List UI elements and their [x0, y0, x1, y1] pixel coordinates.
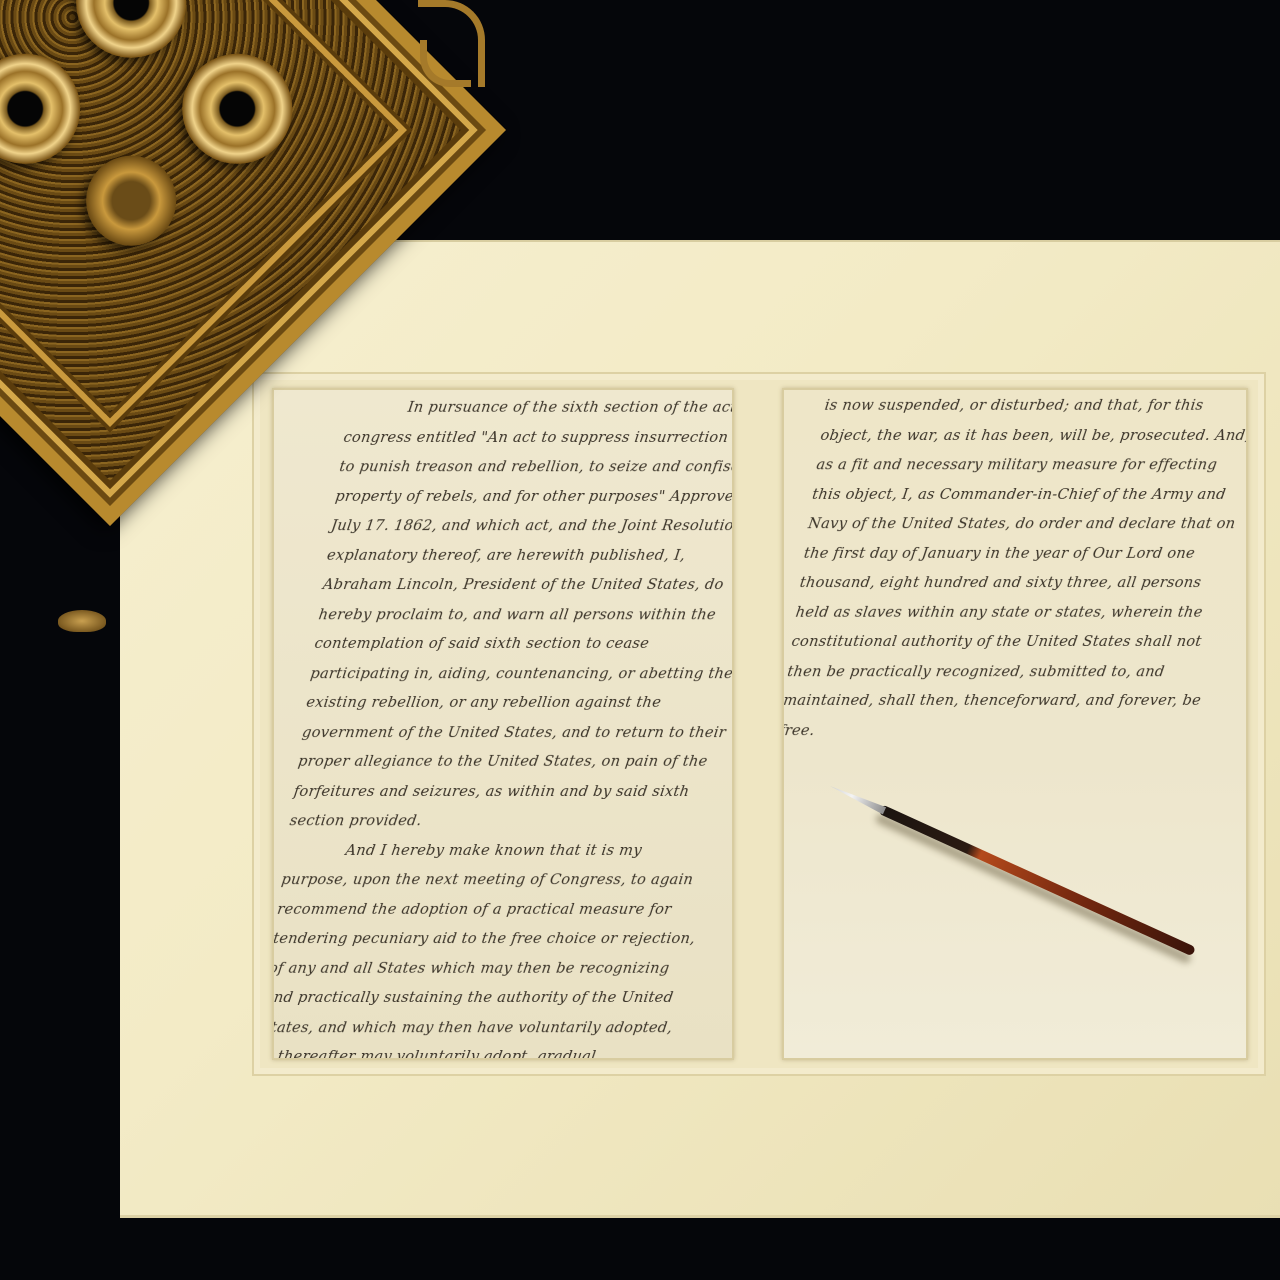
handwritten-text-right: is now suspended, or disturbed; and that…: [782, 390, 1248, 746]
manuscript-page-right: is now suspended, or disturbed; and that…: [782, 388, 1248, 1060]
paragraph: In pursuance of the sixth section of the…: [288, 394, 734, 837]
paragraph: And I hereby make known that it is my pu…: [272, 837, 714, 1061]
inkstand-foot: [58, 610, 106, 632]
handwritten-text-left: In pursuance of the sixth section of the…: [272, 390, 734, 1060]
paragraph: is now suspended, or disturbed; and that…: [782, 392, 1248, 746]
manuscript-page-left: In pursuance of the sixth section of the…: [272, 388, 734, 1060]
